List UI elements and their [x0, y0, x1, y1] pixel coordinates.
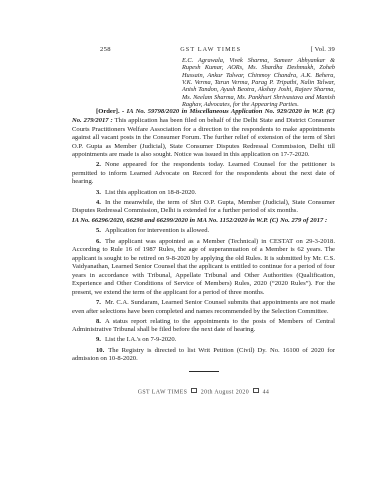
- paragraph-text: Mr. C.A. Sundaram, Learned Senior Counse…: [72, 299, 335, 315]
- paragraph-number: 4.: [96, 199, 101, 206]
- footer-issue-page: 44: [263, 389, 270, 395]
- paragraph-number: 9.: [96, 336, 101, 343]
- journal-page: 258 GST LAW TIMES [ Vol. 39 E.C. Agrawal…: [0, 0, 370, 480]
- mid-citation-line: IA No. 66296/2020, 66298 and 66299/2020 …: [72, 217, 335, 226]
- paragraph-number: 7.: [96, 299, 101, 306]
- paragraph-text: The applicant was appointed as a Member …: [72, 238, 335, 296]
- page-content: 258 GST LAW TIMES [ Vol. 39 E.C. Agrawal…: [72, 46, 335, 396]
- paragraph-text: In the meanwhile, the term of Shri O.P. …: [72, 199, 335, 215]
- paragraph-text: List the I.A.'s on 7-9-2020.: [105, 336, 176, 343]
- journal-title: GST LAW TIMES: [111, 46, 311, 54]
- paragraph-number: 5.: [96, 227, 101, 234]
- paragraph-number: 8.: [96, 318, 101, 325]
- numbered-paragraph: 5.Application for intervention is allowe…: [72, 227, 335, 236]
- order-label: [Order].: [96, 108, 120, 115]
- numbered-paragraph: 8.A status report relating to the appoin…: [72, 318, 335, 335]
- paragraph-text: Application for intervention is allowed.: [105, 227, 209, 234]
- paragraph-text: The Registry is directed to list Writ Pe…: [72, 347, 335, 363]
- numbered-paragraph: 7.Mr. C.A. Sundaram, Learned Senior Coun…: [72, 299, 335, 316]
- footer-issue-date: 20th August 2020: [201, 389, 249, 395]
- paragraph-number: 2.: [96, 161, 101, 168]
- page-number: 258: [100, 46, 111, 54]
- end-of-order-rule: [189, 371, 219, 372]
- numbered-paragraph: 3.List this application on 18-8-2020.: [72, 189, 335, 198]
- paragraph-number: 10.: [96, 347, 104, 354]
- numbered-paragraph: 4.In the meanwhile, the term of Shri O.P…: [72, 199, 335, 216]
- paragraph-number: 6.: [96, 238, 101, 245]
- numbered-paragraph: 10.The Registry is directed to list Writ…: [72, 347, 335, 364]
- numbered-paragraphs-second: 5.Application for intervention is allowe…: [72, 227, 335, 363]
- paragraph-text: List this application on 18-8-2020.: [105, 189, 196, 196]
- square-separator-icon: [191, 388, 197, 394]
- numbered-paragraphs-first: 2.None appeared for the respondents toda…: [72, 161, 335, 215]
- numbered-paragraph: 9.List the I.A.'s on 7-9-2020.: [72, 336, 335, 345]
- order-paragraph: [Order]. - IA No. 59798/2020 in Miscella…: [72, 108, 335, 159]
- volume-label: [ Vol. 39: [311, 46, 335, 54]
- paragraph-text: A status report relating to the appointm…: [72, 318, 335, 334]
- paragraph-text: None appeared for the respondents today.…: [72, 161, 335, 185]
- paragraph-number: 3.: [96, 189, 101, 196]
- numbered-paragraph: 2.None appeared for the respondents toda…: [72, 161, 335, 187]
- footer-journal-title: GST LAW TIMES: [138, 389, 188, 395]
- counsel-appearance-block: E.C. Agrawala, Vivek Sharma, Sameer Abhy…: [182, 57, 335, 108]
- page-footer: GST LAW TIMES20th August 202044: [72, 388, 335, 397]
- running-header: 258 GST LAW TIMES [ Vol. 39: [72, 46, 335, 54]
- square-separator-icon: [253, 388, 259, 394]
- numbered-paragraph: 6.The applicant was appointed as a Membe…: [72, 238, 335, 298]
